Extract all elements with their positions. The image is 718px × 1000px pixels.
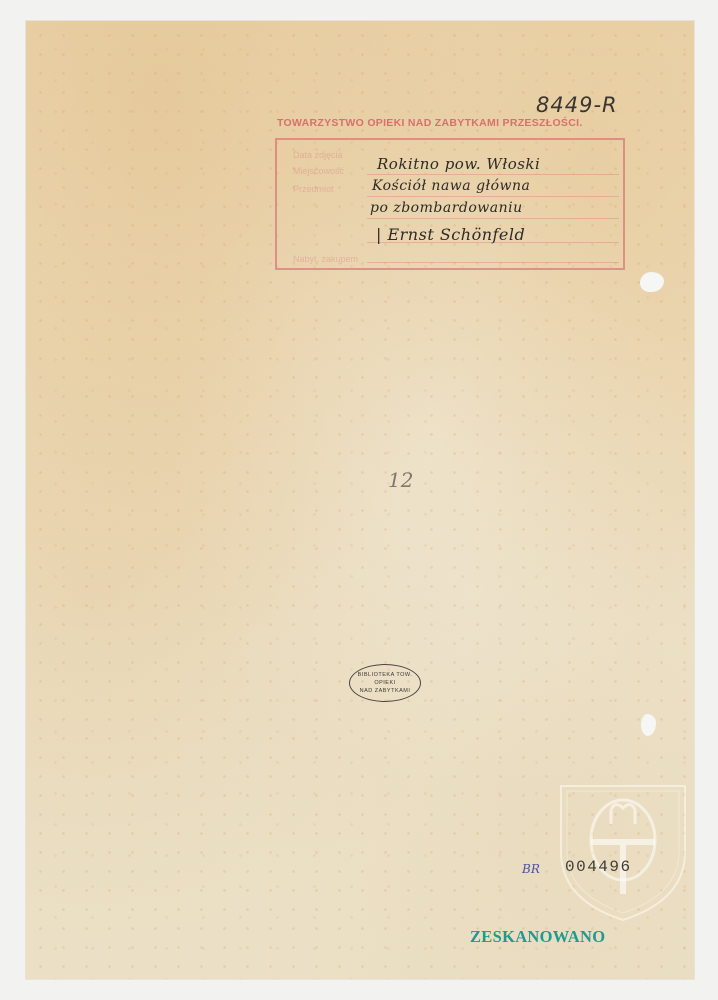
scan-background: 8449-R TOWARZYSTWO OPIEKI NAD ZABYTKAMI … [0,0,718,1000]
stamp-field-acquired: Nabyt. zakupem [293,254,358,264]
library-stamp-line: NAD ZABYTKAMI [360,687,411,695]
handwritten-location: Rokitno pow. Włoski [377,155,540,173]
stamp-rule-line [367,218,619,219]
society-stamp-header: TOWARZYSTWO OPIEKI NAD ZABYTKAMI PRZESZŁ… [277,117,583,129]
stamp-rule-line [367,262,619,263]
scanned-stamp: ZESKANOWANO [470,927,605,947]
library-stamp-line: BIBLIOTEKA TOW. [358,671,413,679]
stamp-field-subject: Przedmiot [293,184,334,194]
stamp-rule-line [367,196,619,197]
embossed-shield-watermark-icon [553,782,693,922]
stamp-rule-line [367,174,619,175]
catalog-number: 8449-R [536,93,618,117]
handwritten-condition: po zbombardowaniu [370,200,523,216]
stamp-field-date: Data zdjęcia [293,150,343,160]
handwritten-subject: Kościół nawa główna [372,178,530,194]
library-oval-stamp: BIBLIOTEKA TOW. OPIEKI NAD ZABYTKAMI [349,664,421,702]
br-handwritten-mark: BR [522,862,540,876]
inventory-number-stamp: 004496 [565,858,632,876]
handwritten-photographer: | Ernst Schönfeld [376,225,525,244]
stamp-field-location: Miejscowość [293,166,344,176]
library-stamp-line: OPIEKI [374,679,395,687]
pencil-number-mark: 12 [388,468,413,492]
